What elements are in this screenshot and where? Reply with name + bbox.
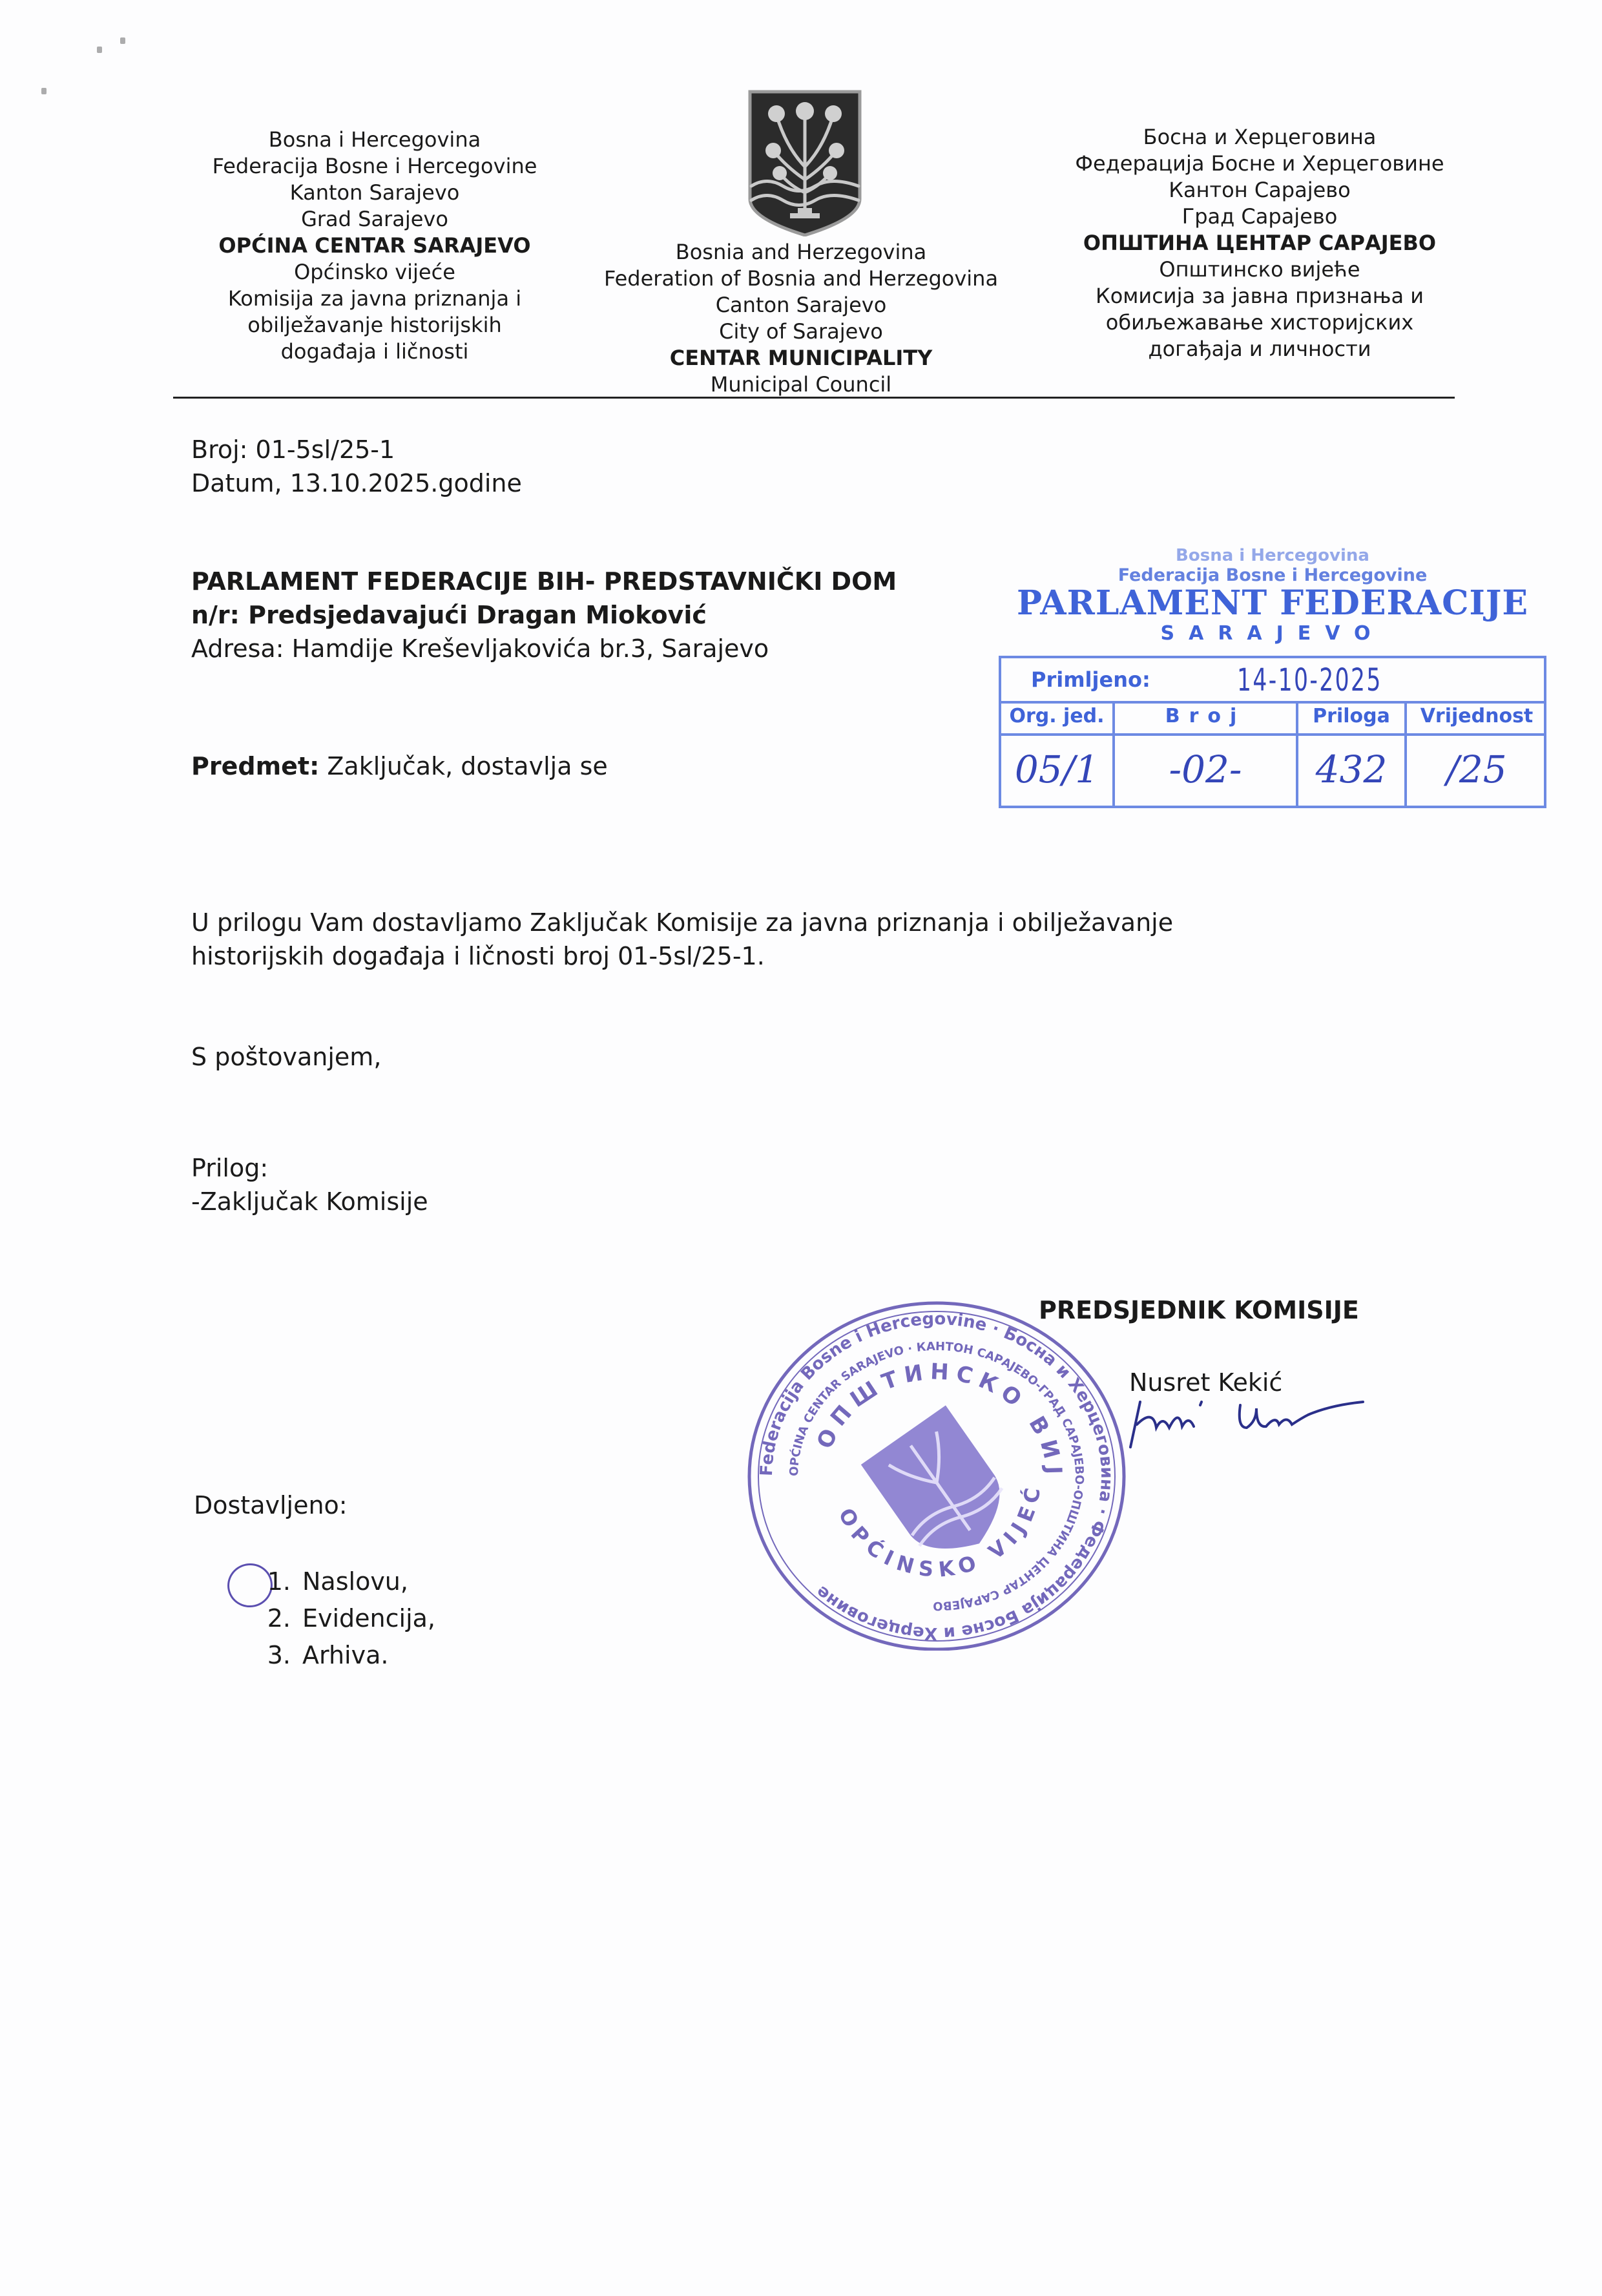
- stamp-value-number: -02-: [1115, 747, 1296, 791]
- attachment-item: -Zaključak Komisije: [191, 1185, 428, 1218]
- recipient-address: Adresa: Hamdije Kreševljakovića br.3, Sa…: [191, 632, 897, 665]
- attachment-label: Prilog:: [191, 1151, 428, 1185]
- list-text: Arhiva.: [302, 1641, 388, 1669]
- header-line: Комисија за јавна признања и: [1027, 283, 1492, 309]
- header-line: Federation of Bosnia and Herzegovina: [568, 266, 1034, 292]
- official-seal: Federacija Bosne i Hercegovine · Босна и…: [736, 1289, 1137, 1651]
- list-text: Evidencija,: [302, 1604, 435, 1633]
- received-stamp: Bosna i Hercegovina Federacija Bosne i H…: [995, 546, 1550, 811]
- body-paragraph: U prilogu Vam dostavljamo Zaključak Komi…: [191, 906, 1354, 973]
- header-municipality: OPĆINA CENTAR SARAJEVO: [161, 233, 588, 259]
- header-line: Општинско вијеће: [1027, 256, 1492, 283]
- distribution-list: 1.Naslovu, 2.Evidencija, 3.Arhiva.: [245, 1563, 435, 1674]
- reference-date: Datum, 13.10.2025.godine: [191, 466, 522, 500]
- header-line: Федерација Босне и Херцеговине: [1027, 151, 1492, 177]
- signer-title: PREDSJEDNIK KOMISIJE: [1039, 1296, 1359, 1324]
- received-label: Primljeno:: [1031, 667, 1150, 692]
- received-date: 14-10-2025: [1237, 662, 1382, 698]
- header-line: Град Сарајево: [1027, 204, 1492, 230]
- subject-text: Zaključak, dostavlja se: [319, 752, 607, 780]
- letterhead-english: Bosnia and Herzegovina Federation of Bos…: [568, 239, 1034, 398]
- stamp-header-attachments: Priloga: [1298, 705, 1404, 727]
- stamp-header-number: Broj: [1115, 705, 1296, 727]
- list-item: 2.Evidencija,: [245, 1600, 435, 1637]
- header-line: Općinsko vijeće: [161, 259, 588, 286]
- body-line: historijskih događaja i ličnosti broj 01…: [191, 939, 1354, 973]
- header-line: Canton Sarajevo: [568, 292, 1034, 318]
- list-number: 3.: [245, 1637, 291, 1674]
- header-line: догађаја и личности: [1027, 336, 1492, 362]
- subject-line: Predmet: Zaključak, dostavlja se: [191, 749, 608, 783]
- recipient-institution: PARLAMENT FEDERACIJE BIH- PREDSTAVNIČKI …: [191, 565, 897, 598]
- header-line: Босна и Херцеговина: [1027, 124, 1492, 151]
- stamp-value-attachments: 432: [1298, 747, 1404, 791]
- header-line: Bosnia and Herzegovina: [568, 239, 1034, 266]
- reference-block: Broj: 01-5sl/25-1 Datum, 13.10.2025.godi…: [191, 433, 522, 500]
- header-municipality: CENTAR MUNICIPALITY: [568, 345, 1034, 371]
- stamp-header-org: Org. jed.: [1001, 705, 1112, 727]
- header-line: Кантон Сарајево: [1027, 177, 1492, 204]
- attachment-block: Prilog: -Zaključak Komisije: [191, 1151, 428, 1218]
- letterhead-cyrillic: Босна и Херцеговина Федерација Босне и Х…: [1027, 124, 1492, 362]
- header-divider: [173, 397, 1455, 399]
- subject-label: Predmet:: [191, 752, 319, 780]
- stamp-table: Primljeno: 14-10-2025 Org. jed. Broj Pri…: [999, 656, 1546, 808]
- letterhead-bosnian: Bosna i Hercegovina Federacija Bosne i H…: [161, 127, 588, 365]
- scan-artifact: [41, 88, 47, 94]
- stamp-header-value: Vrijednost: [1407, 705, 1546, 727]
- list-text: Naslovu,: [302, 1567, 408, 1596]
- reference-number: Broj: 01-5sl/25-1: [191, 433, 522, 466]
- header-line: Grad Sarajevo: [161, 206, 588, 233]
- scan-artifact: [120, 37, 125, 44]
- header-line: Federacija Bosne i Hercegovine: [161, 153, 588, 180]
- list-number: 1.: [245, 1563, 291, 1600]
- stamp-city: SARAJEVO: [995, 622, 1550, 645]
- list-number: 2.: [245, 1600, 291, 1637]
- header-line: obilježavanje historijskih: [161, 312, 588, 339]
- header-municipality: ОПШТИНА ЦЕНТАР САРАЈЕВО: [1027, 230, 1492, 256]
- list-item: 3.Arhiva.: [245, 1637, 435, 1674]
- recipient-attention: n/r: Predsjedavajući Dragan Mioković: [191, 598, 897, 632]
- distribution-label: Dostavljeno:: [194, 1488, 348, 1522]
- header-line: Kanton Sarajevo: [161, 180, 588, 206]
- handwritten-signature: [1118, 1389, 1376, 1454]
- header-line: Bosna i Hercegovina: [161, 127, 588, 153]
- stamp-value-value: /25: [1407, 747, 1546, 791]
- closing-salutation: S poštovanjem,: [191, 1040, 381, 1074]
- recipient-block: PARLAMENT FEDERACIJE BIH- PREDSTAVNIČKI …: [191, 565, 897, 665]
- stamp-value-org: 05/1: [1001, 747, 1112, 791]
- stamp-line: Federacija Bosne i Hercegovine: [995, 565, 1550, 585]
- stamp-title: PARLAMENT FEDERACIJE: [995, 583, 1550, 623]
- header-line: Komisija za javna priznanja i: [161, 286, 588, 312]
- stamp-line: Bosna i Hercegovina: [995, 546, 1550, 565]
- list-item: 1.Naslovu,: [245, 1563, 435, 1600]
- body-line: U prilogu Vam dostavljamo Zaključak Komi…: [191, 906, 1354, 939]
- header-line: обиљежавање хисторијских: [1027, 309, 1492, 336]
- header-line: događaja i ličnosti: [161, 339, 588, 365]
- header-line: Municipal Council: [568, 371, 1034, 398]
- header-line: City of Sarajevo: [568, 318, 1034, 345]
- coat-of-arms-icon: [747, 89, 862, 236]
- scan-artifact: [97, 47, 102, 53]
